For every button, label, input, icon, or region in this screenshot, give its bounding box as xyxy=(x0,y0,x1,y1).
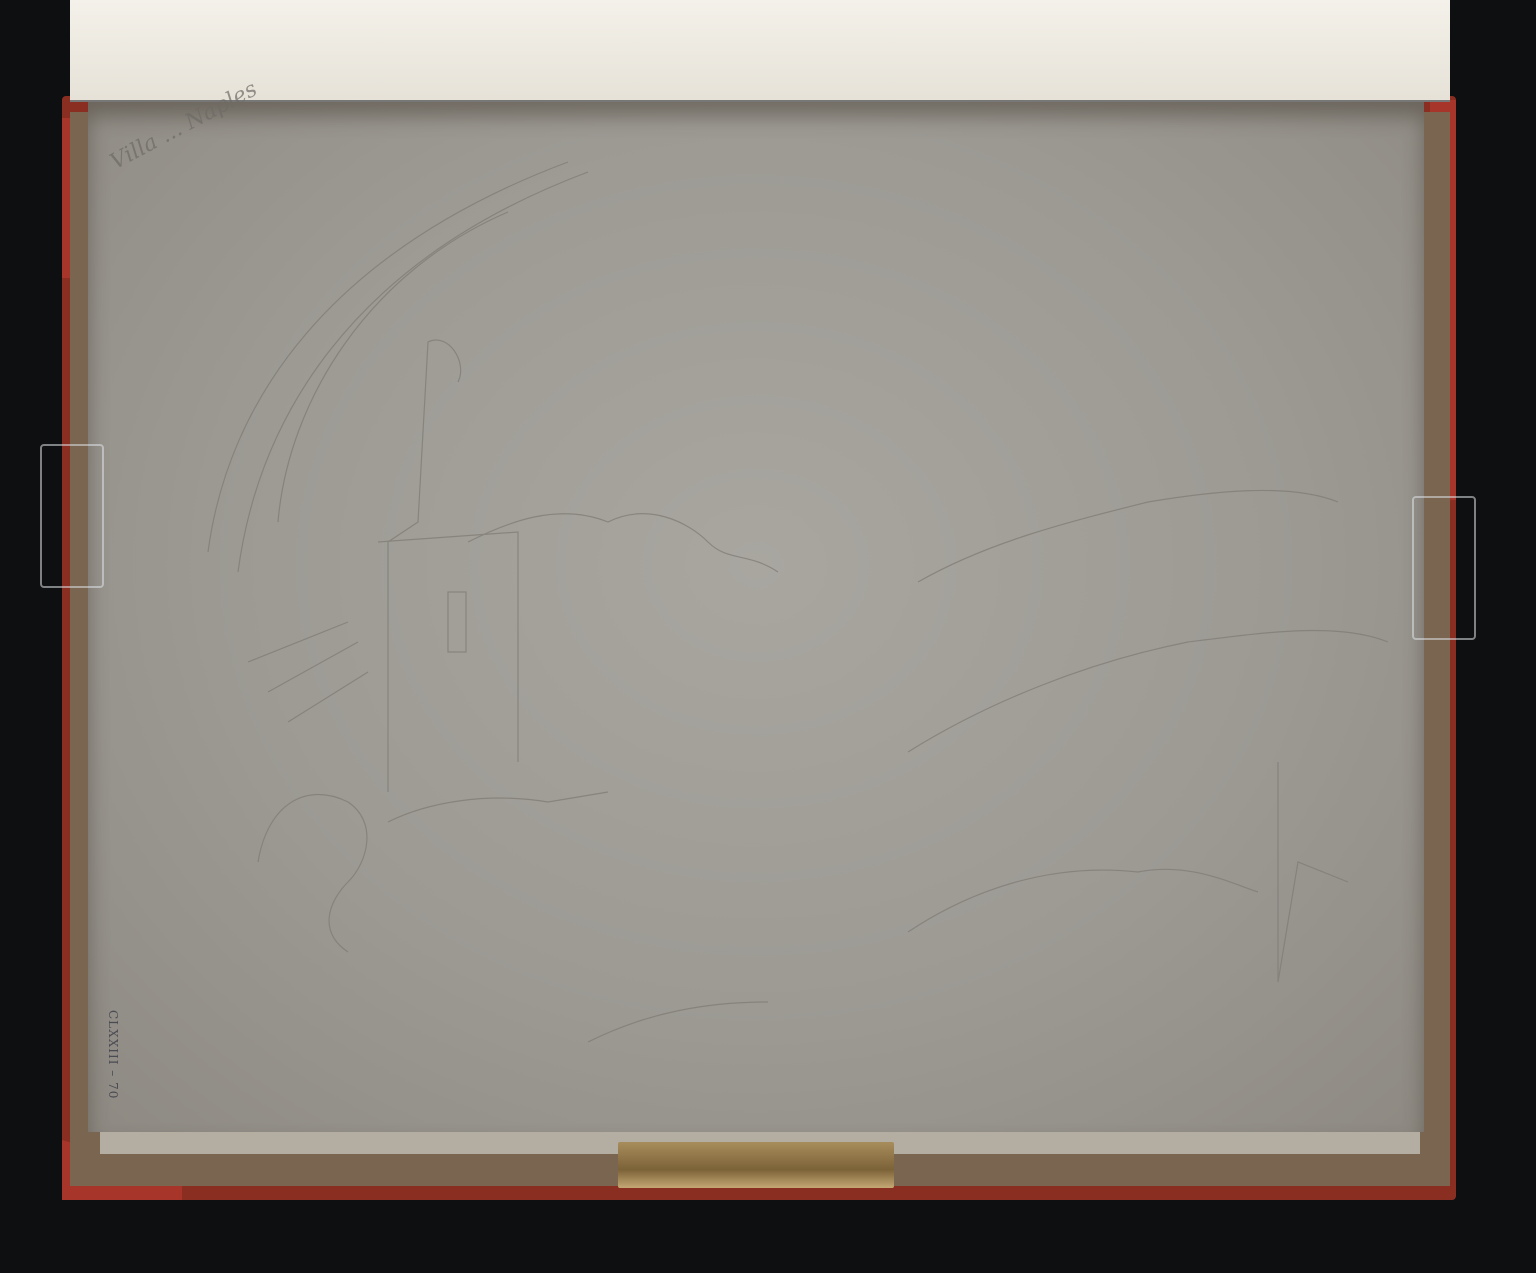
collection-stamp: CLXXIII – 70 xyxy=(102,1010,120,1140)
page-clip-right xyxy=(1412,496,1476,640)
brass-clip-bottom xyxy=(618,1142,894,1188)
facing-page xyxy=(70,0,1450,102)
page-clip-left xyxy=(40,444,104,588)
pencil-sketch xyxy=(88,102,1424,1132)
